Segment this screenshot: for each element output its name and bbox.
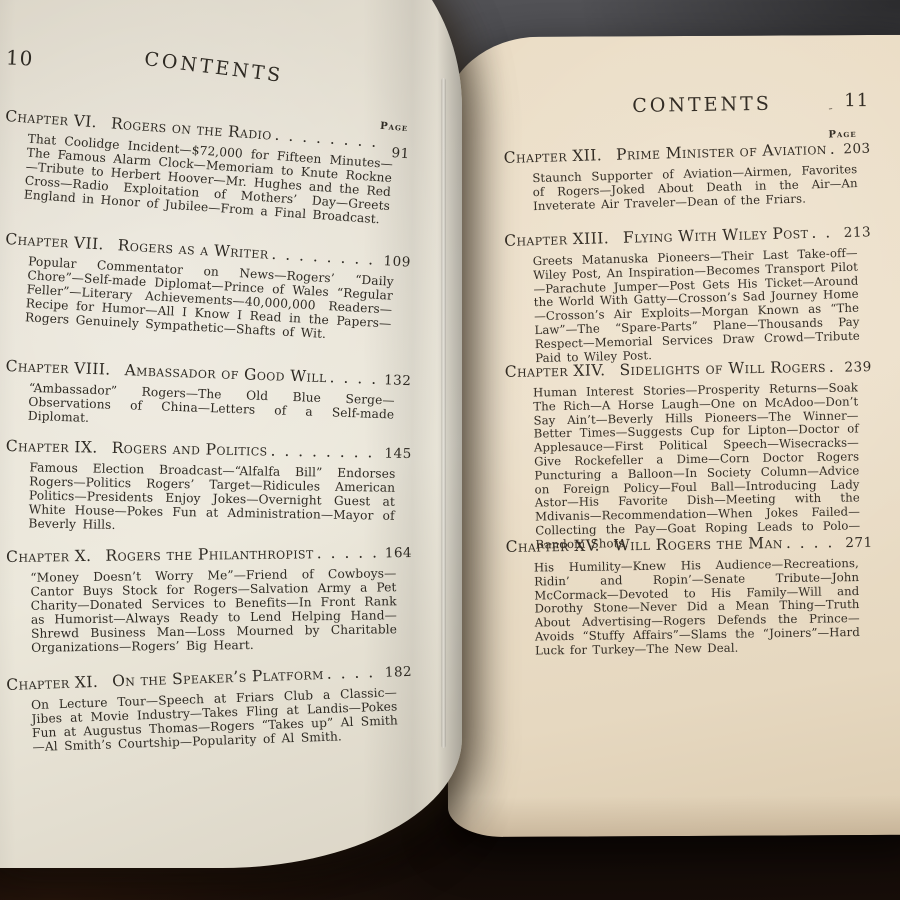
chapter-summary: “Money Doesn’t Worry Me”—Friend of Cowbo… [30, 567, 397, 655]
chapter-page-number: 132 [383, 370, 412, 391]
chapter-label: Chapter XIV. [505, 360, 606, 382]
chapter-summary: His Humility—Knew His Audience—Recreatio… [534, 557, 860, 658]
chapter-label: Chapter X. [6, 546, 92, 567]
chapter-label: Chapter XV. [506, 536, 601, 557]
chapter-title: Rogers the Philanthropist [105, 543, 313, 566]
chapter-heading: Chapter XIV. Sidelights of Will Rogers 2… [505, 356, 872, 383]
chapter-page-number: 91 [381, 142, 410, 164]
dot-leader [317, 542, 379, 563]
stray-pencil-mark: - [827, 101, 834, 116]
dot-leader [326, 662, 378, 684]
chapter-page-number: 213 [843, 222, 872, 243]
chapter-entry-ix: Chapter IX. Rogers and Politics 145 Famo… [4, 436, 412, 538]
chapter-summary: On Lecture Tour—Speech at Friars Club a … [31, 686, 399, 754]
chapter-label: Chapter XII. [503, 145, 602, 168]
chapter-heading: Chapter IX. Rogers and Politics 145 [6, 436, 412, 464]
chapter-page-number: 182 [384, 662, 413, 683]
chapter-entry-xv: Chapter XV. Will Rogers the Man 271 His … [506, 532, 875, 659]
contents-heading-left: CONTENTS [143, 48, 277, 86]
chapter-title: Sidelights of Will Rogers [619, 357, 826, 380]
page-number-left: 10 [5, 45, 33, 70]
chapter-entry-x: Chapter X. Rogers the Philanthropist 164… [6, 542, 413, 655]
chapter-page-number: 203 [842, 139, 871, 160]
chapter-summary: Famous Election Broadcast—“Alfalfa Bill”… [28, 461, 395, 537]
chapter-page-number: 239 [844, 357, 872, 377]
chapter-entry-xiii: Chapter XIII. Flying With Wiley Post 213… [504, 221, 874, 366]
book-photo: CONTENTS - 11 Page Chapter XII. Prime Mi… [0, 0, 900, 900]
chapter-entry-xiv: Chapter XIV. Sidelights of Will Rogers 2… [505, 356, 875, 552]
right-page-content: CONTENTS - 11 Page Chapter XII. Prime Mi… [503, 0, 874, 861]
chapter-heading: Chapter XV. Will Rogers the Man 271 [506, 532, 873, 558]
chapter-entry-vi: Chapter VI. Rogers on the Radio 91 That … [0, 106, 411, 229]
chapter-page-number: 145 [384, 444, 412, 464]
chapter-heading: Chapter X. Rogers the Philanthropist 164 [6, 542, 412, 568]
chapter-summary: Popular Commentator on News—Rogers’ “Dai… [25, 255, 394, 345]
right-page: CONTENTS - 11 Page Chapter XII. Prime Mi… [444, 35, 900, 837]
chapter-label: Chapter VIII. [5, 356, 111, 380]
dot-leader [829, 139, 836, 159]
chapter-page-number: 109 [382, 251, 411, 273]
dot-leader [270, 441, 378, 463]
chapter-summary: “Ambassador” Rogers—The Old Blue Serge—O… [28, 382, 395, 436]
chapter-title: Rogers as a Writer [117, 235, 269, 263]
chapter-label: Chapter IX. [6, 436, 98, 458]
dot-leader [329, 367, 377, 389]
chapter-entry-vii: Chapter VII. Rogers as a Writer 109 Popu… [1, 229, 412, 346]
chapter-label: Chapter XIII. [504, 228, 609, 251]
dot-leader [786, 532, 839, 553]
chapter-label: Chapter VII. [5, 229, 105, 254]
chapter-page-number: 164 [384, 543, 412, 563]
chapter-title: Will Rogers the Man [614, 533, 783, 555]
chapter-summary: Human Interest Stories—Prosperity Return… [533, 381, 861, 552]
chapter-summary: Staunch Supporter of Aviation—Airmen, Fa… [532, 163, 858, 213]
left-page: 10 CONTENTS Page Chapter VI. Rogers on t… [0, 0, 462, 868]
page-crease [441, 78, 446, 748]
chapter-title: Ambassador of Good Will [124, 360, 327, 387]
left-page-content: 10 CONTENTS Page Chapter VI. Rogers on t… [6, 0, 412, 830]
chapter-page-number: 271 [845, 533, 873, 553]
chapter-title: Flying With Wiley Post [623, 223, 809, 248]
chapter-entry-xii: Chapter XII. Prime Minister of Aviation … [503, 138, 872, 215]
contents-heading-right: CONTENTS [632, 93, 764, 117]
dot-leader [271, 244, 377, 270]
chapter-title: On the Speaker’s Platform [112, 664, 324, 691]
dot-leader [274, 125, 377, 152]
chapter-summary: Greets Matanuska Pioneers—Their Last Tak… [533, 247, 861, 366]
dot-leader [829, 357, 838, 377]
chapter-title: Rogers and Politics [111, 438, 267, 461]
dot-leader [811, 222, 837, 243]
page-number-right: 11 [844, 90, 869, 111]
chapter-title: Prime Minister of Aviation [616, 139, 827, 165]
chapter-entry-viii: Chapter VIII. Ambassador of Good Will 13… [4, 356, 412, 437]
chapter-label: Chapter VI. [5, 106, 98, 132]
chapter-entry-xi: Chapter XI. On the Speaker’s Platform 18… [6, 661, 415, 756]
chapter-label: Chapter XI. [6, 672, 99, 695]
